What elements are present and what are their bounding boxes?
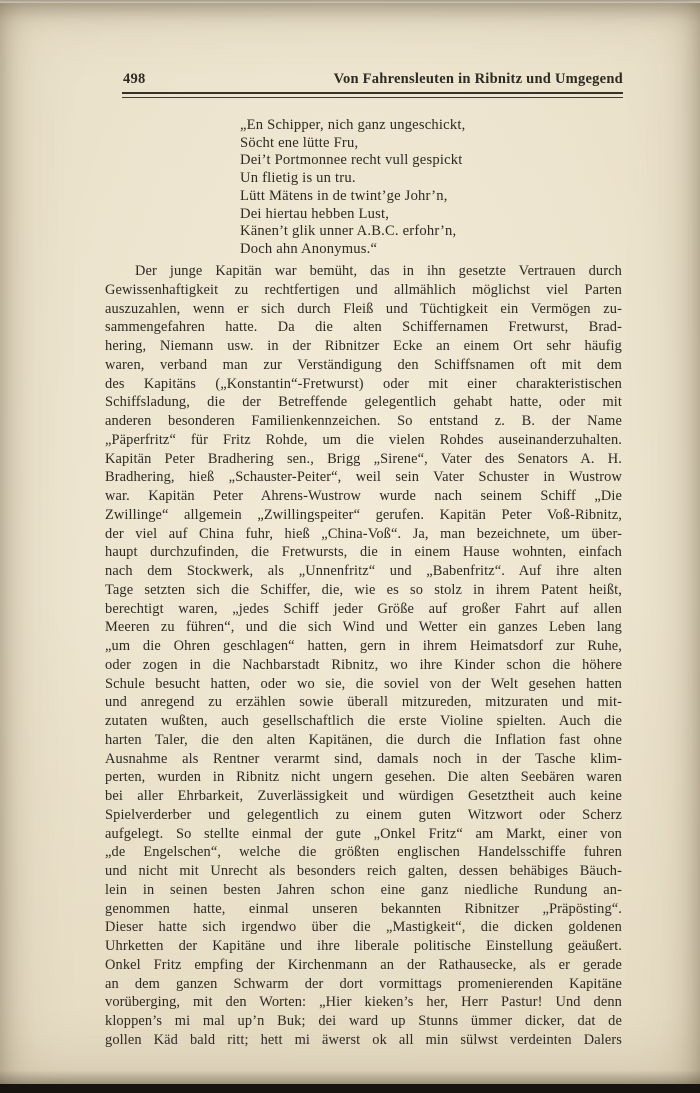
body-paragraph: Der junge Kapitän war bemüht, das in ihn… [105,262,622,1050]
body-text-line: perten, wurden in Ribnitz nicht ungern g… [105,768,622,787]
scan-top-edge [0,0,700,3]
body-text-line: Der junge Kapitän war bemüht, das in ihn… [105,262,622,281]
poem-line: Doch ahn Anonymus.“ [240,241,465,259]
body-text-line: „um die Ohren geschlagen“ hatten, gern i… [105,637,622,656]
body-text-line: Schule besucht hatten, oder wo sie, die … [105,675,622,694]
body-text-line: Bradhering, hieß „Schauster-Peiter“, wei… [105,468,622,487]
body-text-line: Gewissenhaftigkeit zu rechtfertigen und … [105,281,622,300]
body-text-line: und anregend zu erzählen sowie überall m… [105,693,622,712]
body-text-line: des Kapitäns („Konstantin“-Fretwurst) od… [105,375,622,394]
body-text-line: aufgelegt. So stellte einmal der gute „O… [105,825,622,844]
body-text-line: anderen besonderen Familienkennzeichen. … [105,412,622,431]
poem-line: Känen’t glik unner A.B.C. erfohr’n, [240,223,465,241]
body-text-line: Dieser hatte sich irgendwo über die „Mas… [105,918,622,937]
body-text-line: „Päperfritz“ für Fritz Rohde, um die vie… [105,431,622,450]
body-text-line: harten Taler, die den alten Kapitänen, d… [105,731,622,750]
body-text-line: zutaten wußten, auch gesellschaftlich di… [105,712,622,731]
body-text-line: auszuzahlen, wenn er sich durch Fleiß un… [105,300,622,319]
body-text-line: „de Engelschen“, welche die größten engl… [105,843,622,862]
body-text-line: kloppen’s mi mal up’n Buk; dei ward up S… [105,1012,622,1031]
body-text-line: an dem ganzen Schwarm der dort vormittag… [105,975,622,994]
body-text-line: war. Kapitän Peter Ahrens-Wustrow wurde … [105,487,622,506]
body-text-line: Meeren zu führen“, und die sich Wind und… [105,618,622,637]
body-text-line: hering, Niemann usw. in der Ribnitzer Ec… [105,337,622,356]
body-text-line: lein in seinen besten Jahren schon eine … [105,881,622,900]
header-rule [122,92,623,98]
body-text-line: Spielverderber und gelegentlich zu einem… [105,806,622,825]
body-text-line: Ausnahme als Rentner verarmt sind, damal… [105,750,622,769]
body-text-line: Kapitän Peter Bradhering sen., Brigg „Si… [105,450,622,469]
body-text-line: Tage setzten sich die Schiffer, die, wie… [105,581,622,600]
page-header: 498 Von Fahrensleuten in Ribnitz und Umg… [123,71,623,88]
body-text-line: waren, verband man zur Verständigung den… [105,356,622,375]
body-text-line: Zwillinge“ allgemein „Zwillingspeiter“ g… [105,506,622,525]
body-text-line: sammengefahren hatte. Da die alten Schif… [105,318,622,337]
poem-line: Lütt Mätens in de twint’ge Johr’n, [240,188,465,206]
poem-line: Un flietig is un tru. [240,170,465,188]
poem-line: Dei’t Portmonnee recht vull gespickt [240,152,465,170]
body-text-line: haupt durchzufinden, die Fretwursts, die… [105,543,622,562]
body-text-line: vorüberging, mit den Worten: „Hier kieke… [105,993,622,1012]
running-title: Von Fahrensleuten in Ribnitz und Umgegen… [334,71,623,88]
body-text-line: Uhrketten der Kapitäne und ihre liberale… [105,937,622,956]
poem-block: „En Schipper, nich ganz ungeschickt,Söch… [240,117,465,259]
body-text-line: oder zogen in die Nachbarstadt Ribnitz, … [105,656,622,675]
body-text-line: nach dem Stockwerk, als „Unnenfritz“ und… [105,562,622,581]
body-text-line: und nicht mit Unrecht als besonders reic… [105,862,622,881]
scan-bottom-edge [0,1084,700,1093]
body-text-line: Onkel Fritz empfing der Kirchenmann an d… [105,956,622,975]
poem-line: „En Schipper, nich ganz ungeschickt, [240,117,465,135]
body-text-line: gollen Käd bald ritt; hett mi äwerst ok … [105,1031,622,1050]
page-number: 498 [123,71,146,88]
body-text-line: berechtigt waren, „jedes Schiff jeder Gr… [105,600,622,619]
body-text-line: bei aller Ehrbarkeit, Zuverlässigkeit un… [105,787,622,806]
body-text-line: genommen hatte, einmal unseren bekannten… [105,900,622,919]
poem-line: Söcht ene lütte Fru, [240,135,465,153]
body-text-line: Schiffsladung, die der Betreffende geleg… [105,393,622,412]
scan-bottom-shadow [0,1070,700,1084]
scanned-book-page: 498 Von Fahrensleuten in Ribnitz und Umg… [0,0,700,1093]
poem-line: Dei hiertau hebben Lust, [240,206,465,224]
body-text-line: der viel auf China fuhr, hieß „China-Voß… [105,525,622,544]
